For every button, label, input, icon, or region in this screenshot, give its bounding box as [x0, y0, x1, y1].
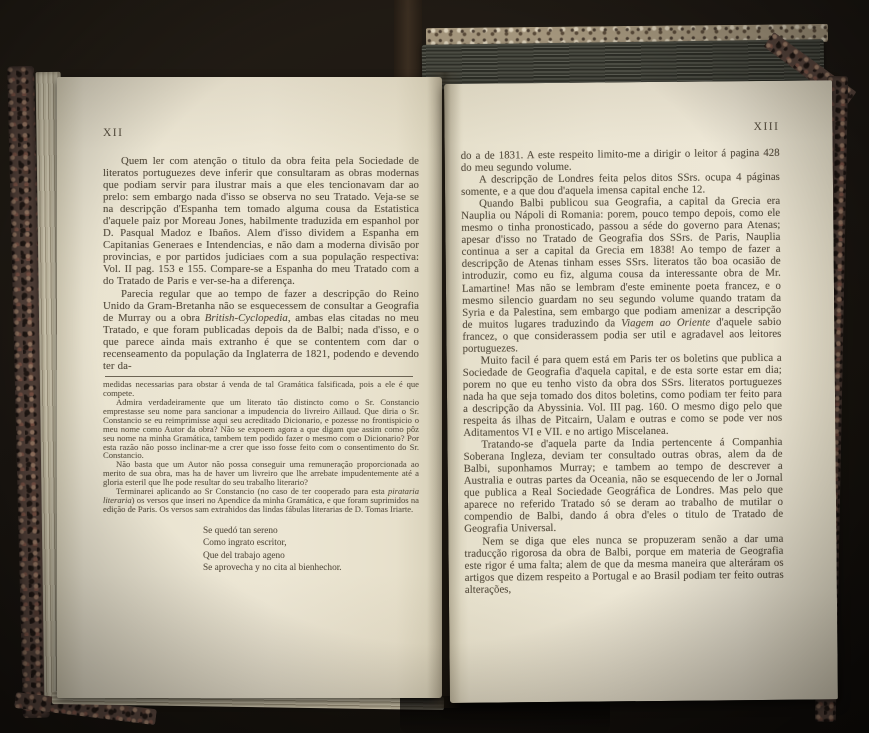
main-text-left: Quem ler com atenção o titulo da obra fe…	[103, 155, 419, 372]
paragraph: do a de 1831. A este respeito limito-me …	[461, 147, 780, 174]
verse-line: Que del trabajo ageno	[203, 550, 419, 562]
verse-line: Como ingrato escritor,	[203, 537, 419, 549]
paragraph: A descripção de Londres feita pelos dito…	[461, 171, 780, 198]
paragraph: Não basta que um Autor não possa consegu…	[103, 460, 419, 487]
page-right-content: XIII do a de 1831. A este respeito limit…	[460, 121, 784, 596]
book-scan-photo: { "colors": { "background": "#1c1712", "…	[0, 0, 869, 733]
page-left-content: XII Quem ler com atenção o titulo da obr…	[103, 127, 419, 574]
paragraph: Nem se diga que eles nunca se propuzeram…	[464, 532, 784, 595]
footnote-text: medidas necessarias para obstar á venda …	[103, 380, 419, 514]
paragraph: medidas necessarias para obstar á venda …	[103, 380, 419, 398]
verse-line: Se aprovecha y no cita al bienhechor.	[203, 562, 419, 574]
paragraph: Admira verdadeiramente que um literato t…	[103, 398, 419, 461]
paragraph: Quando Balbi publicou sua Geografia, a c…	[461, 195, 781, 355]
paragraph: Muito facil é para quem está em Paris te…	[463, 352, 783, 439]
footnote-rule	[105, 376, 413, 377]
page-number-right: XIII	[460, 121, 779, 136]
paragraph: Tratando-se d'aquela parte da India pert…	[463, 436, 783, 535]
paragraph: Parecia regular que ao tempo de fazer a …	[103, 288, 419, 372]
verse-block: Se quedó tan serenoComo ingrato escritor…	[203, 525, 419, 574]
photo-background: XII Quem ler com atenção o titulo da obr…	[0, 0, 869, 733]
verse-line: Se quedó tan sereno	[203, 525, 419, 537]
main-text-right: do a de 1831. A este respeito limito-me …	[461, 147, 784, 596]
paragraph: Quem ler com atenção o titulo da obra fe…	[103, 155, 419, 288]
page-number-left: XII	[103, 127, 419, 139]
page-left: XII Quem ler com atenção o titulo da obr…	[57, 77, 442, 698]
paragraph: Terminarei aplicando ao Sr Constancio (n…	[103, 487, 419, 514]
page-right: XIII do a de 1831. A este respeito limit…	[444, 80, 838, 703]
